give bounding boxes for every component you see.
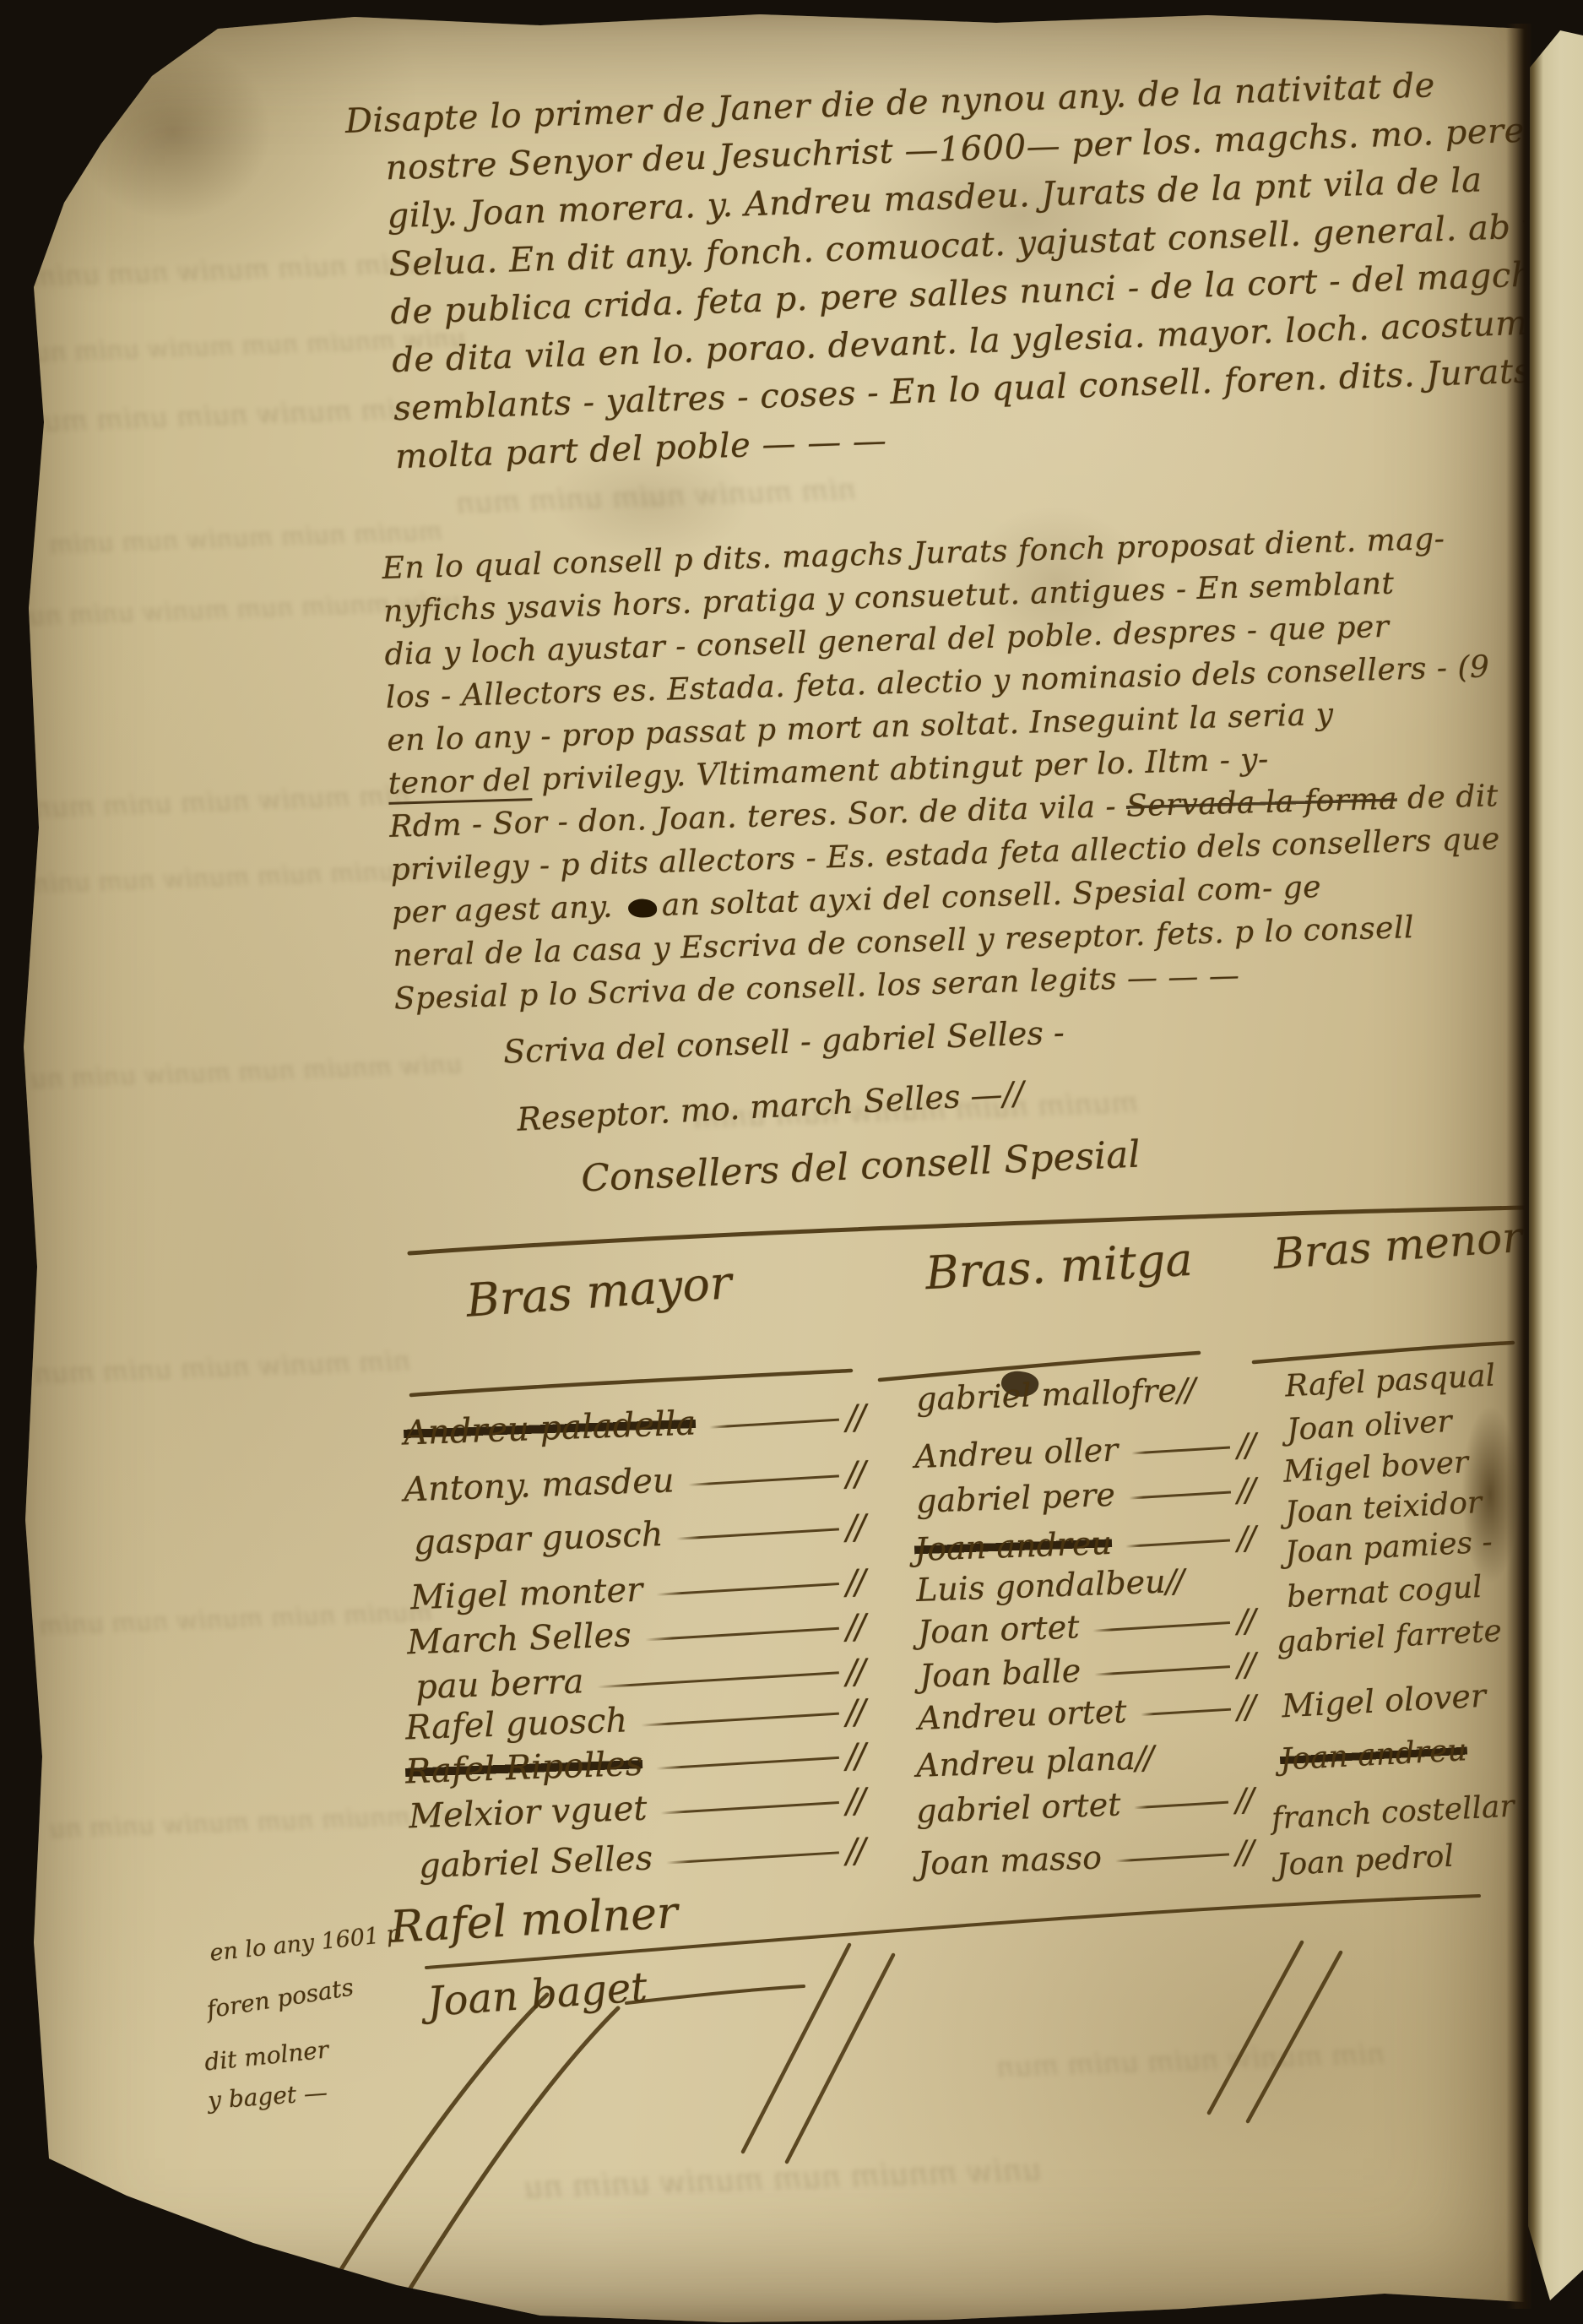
folio-flourish [52,43,76,66]
book-gutter-shadow [1506,24,1531,2309]
page-vignette [0,0,1528,2324]
folio-number: 840 [79,24,141,62]
manuscript-scan: { "palette":{"background":"#15100a","par… [0,0,1583,2324]
adjacent-page-edge [1525,30,1583,2304]
manuscript-page: munim nuim muniw num unim uniw mnuim num… [0,0,1528,2324]
